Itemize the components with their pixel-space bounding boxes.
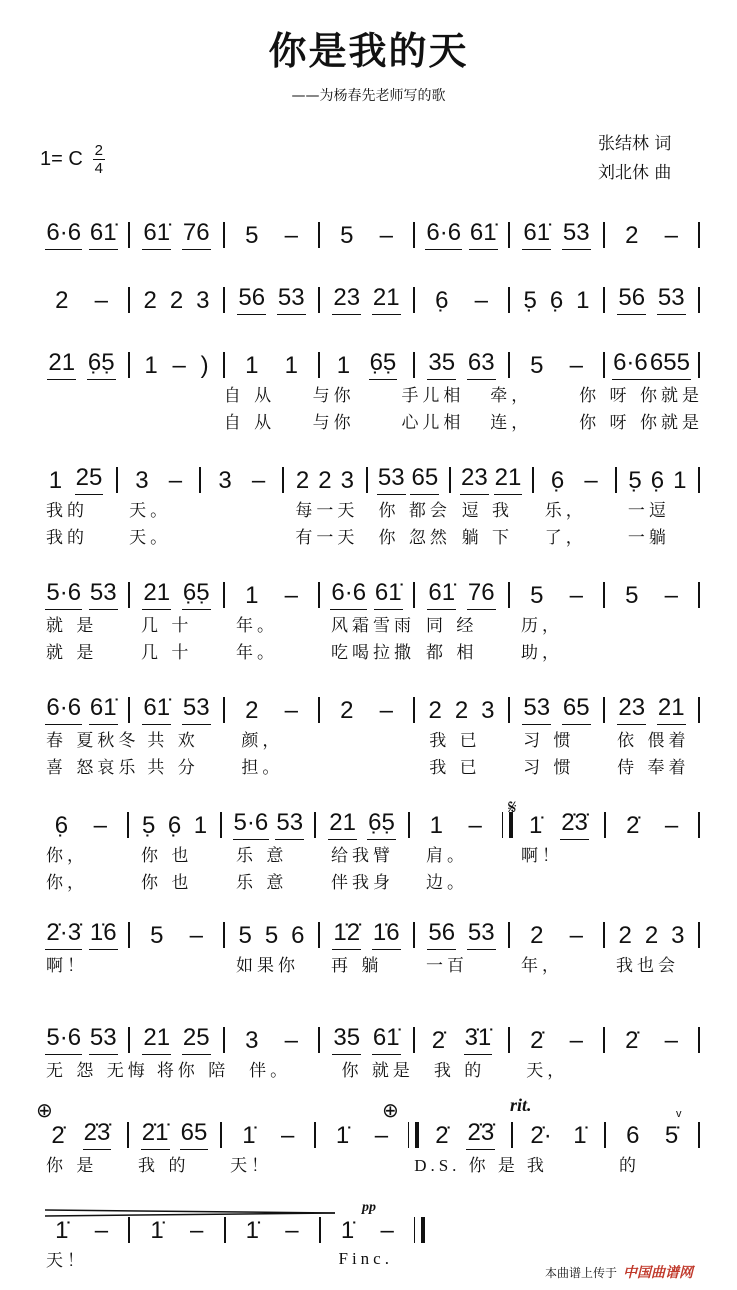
- barline: [698, 1027, 700, 1053]
- lyric-segment: 都 相: [418, 638, 513, 663]
- measure: 5653: [608, 284, 695, 315]
- notes-row: 5·65321253–3561̇2̇3̇1̇2̇–2̇–: [38, 1015, 703, 1055]
- note: 1: [193, 812, 208, 840]
- measure: 2–: [38, 287, 125, 315]
- lyric-segment: 手儿相: [393, 381, 482, 406]
- pianissimo-mark: pp: [362, 1200, 376, 1216]
- note: 2̇3̇: [83, 1119, 112, 1150]
- lyric-segment: 天。: [121, 523, 204, 548]
- lyrics-row: 喜 怒哀乐共 分担。我 已习 惯侍 奉着: [38, 752, 703, 779]
- lyric-segment: 给我臂: [323, 841, 418, 866]
- note: 2̇: [50, 1122, 65, 1150]
- note: 1̇: [572, 1122, 587, 1150]
- score-system: 5·653216̣5̣1–6·661̇61̇765–5–就 是几 十年。风霜雪雨…: [38, 570, 703, 664]
- note: 1̇: [149, 1217, 164, 1245]
- note: 2: [529, 922, 544, 950]
- lyrics-row: 你 是我 的天！D.S. 你 是我的: [38, 1150, 703, 1177]
- note: 61̇: [142, 219, 171, 250]
- score-system: 2̇·3̇1̇65–5561̇2̇1̇656532–223啊！如果你再 躺一百年…: [38, 910, 703, 977]
- note: 5·6: [45, 579, 82, 610]
- measure: 3–: [228, 1027, 315, 1055]
- measure: 1–: [413, 812, 499, 840]
- note: 23: [460, 464, 489, 495]
- note: 21: [142, 1024, 171, 1055]
- note: 2̇·: [529, 1122, 552, 1150]
- barline: [698, 582, 700, 608]
- note: 2: [624, 222, 639, 250]
- note: –: [284, 222, 299, 250]
- notes-row: 5·653216̣5̣1–6·661̇61̇765–5–: [38, 570, 703, 610]
- site-brand[interactable]: 中国曲谱网: [623, 1262, 693, 1282]
- barline: [408, 1122, 419, 1148]
- lyrics-row: 就 是几 十年。吃喝拉撒都 相助，: [38, 637, 703, 664]
- barline: [603, 287, 605, 313]
- lyrics-row: 春 夏秋冬共 欢颜，我 已习 惯依 偎着: [38, 725, 703, 752]
- note: 53: [89, 1024, 118, 1055]
- measure: 1̇–: [319, 1122, 405, 1150]
- note: 76: [467, 579, 496, 610]
- note: 2̇1̇: [141, 1119, 170, 1150]
- measure: 2–: [513, 922, 600, 950]
- lyric-segment: 侍 奉着: [609, 753, 703, 778]
- note: 61̇: [469, 219, 498, 250]
- note: –: [168, 467, 183, 495]
- note: –: [664, 1027, 679, 1055]
- barline: [603, 922, 605, 948]
- song-title: 你是我的天: [0, 20, 737, 75]
- barline: [223, 582, 225, 608]
- measure: 2̇1̇65: [132, 1119, 218, 1150]
- note: 6·6: [612, 349, 649, 380]
- lyric-segment: 我 已: [421, 753, 515, 778]
- lyric-segment: 有一天: [287, 523, 370, 548]
- note: 1: [575, 287, 590, 315]
- lyric-segment: 天！: [222, 1151, 314, 1176]
- score-system: 2̇2̇3̇2̇1̇651̇–1̇–2̇2̇3̇2̇·1̇65̇你 是我 的天！…: [38, 1110, 703, 1177]
- lyrics-row: 天！Finc.: [38, 1245, 428, 1272]
- lyric-segment: 习 惯: [515, 726, 609, 751]
- measure: 5·653: [38, 579, 125, 610]
- lyric-segment: 躺 下: [454, 523, 537, 548]
- note: 6: [290, 922, 305, 950]
- score-system: 6̣–5̣6̣15·653216̣5̣1–1̇2̇3̇2̇–你，你 也乐 意给我…: [38, 800, 703, 894]
- footer: 本曲谱上传于 中国曲谱网: [545, 1262, 693, 1282]
- lyric-segment: 心儿相: [393, 408, 482, 433]
- barline: [199, 467, 201, 493]
- barline: [698, 467, 700, 493]
- barline: [508, 352, 510, 378]
- barline: [220, 1122, 222, 1148]
- note: 1̇: [528, 812, 543, 840]
- lyric-segment: 乐 意: [228, 841, 323, 866]
- barline: [128, 1027, 130, 1053]
- note: 1: [48, 467, 63, 495]
- lyric-segment: 你 也: [133, 841, 228, 866]
- note: 21: [657, 694, 686, 725]
- note: 53: [275, 809, 304, 840]
- measure: 1–): [133, 352, 220, 380]
- measure: 3561̇: [323, 1024, 410, 1055]
- note: 56: [237, 284, 266, 315]
- barline: [449, 467, 451, 493]
- note: –: [569, 352, 584, 380]
- measure: 65̇: [609, 1122, 695, 1150]
- note: 5̣: [522, 287, 537, 315]
- note: 2̇: [431, 1027, 446, 1055]
- barline: [511, 1122, 513, 1148]
- note: –: [664, 222, 679, 250]
- coda-icon-2: ⊕: [382, 1098, 399, 1123]
- note: 3: [244, 1027, 259, 1055]
- barline: [128, 582, 130, 608]
- measure: 2321: [454, 464, 529, 495]
- measure: 1–: [228, 582, 315, 610]
- lyric-segment: 连，: [482, 408, 571, 433]
- measure: 5–: [228, 222, 315, 250]
- note: 6̣5̣: [367, 809, 396, 840]
- measure: 2̇3̇1̇: [418, 1024, 505, 1055]
- lyrics-row: 你，你 也乐 意给我臂肩。啊！: [38, 840, 703, 867]
- note: 56: [617, 284, 646, 315]
- measure: 61̇76: [133, 219, 220, 250]
- measure: 6·661̇: [323, 579, 410, 610]
- note: 35: [427, 349, 456, 380]
- barline: [698, 697, 700, 723]
- lyric-segment: 历，: [513, 611, 608, 636]
- lyric-segment: 再 躺: [323, 951, 418, 976]
- measure: 223: [608, 922, 695, 950]
- measure: 1̇–: [225, 1122, 311, 1150]
- key-label: 1= C: [40, 148, 83, 171]
- note: 6̣: [54, 812, 69, 840]
- lyric-segment: 我也会: [608, 951, 703, 976]
- note: –: [379, 222, 394, 250]
- lyric-segment: 共 欢: [139, 726, 233, 751]
- lyric-segment: 牵，: [482, 381, 571, 406]
- barline: [128, 222, 130, 248]
- barline: [603, 582, 605, 608]
- note: 2: [317, 467, 332, 495]
- note: 23: [332, 284, 361, 315]
- lyric-segment: Finc.: [331, 1249, 429, 1269]
- lyric-segment: 啊！: [38, 951, 133, 976]
- note: 5: [149, 922, 164, 950]
- lyric-segment: 几 十: [133, 611, 228, 636]
- lyrics-row: 你，你 也乐 意伴我身边。: [38, 867, 703, 894]
- note: 6̣: [550, 467, 565, 495]
- note: 1̇: [340, 1217, 355, 1245]
- note: 53: [657, 284, 686, 315]
- lyric-segment: 了，: [537, 523, 620, 548]
- note: –: [569, 582, 584, 610]
- barline: [223, 1027, 225, 1053]
- breath-mark: v: [676, 1108, 682, 1120]
- note: 1̇: [335, 1122, 350, 1150]
- barline: [508, 222, 510, 248]
- notes-row: 216̣5̣1–)1116̣5̣35635–6·6655: [38, 340, 703, 380]
- note: 2: [454, 697, 469, 725]
- lyric-segment: 的: [611, 1151, 703, 1176]
- note: –: [467, 812, 482, 840]
- lyrics-row: 就 是几 十年。风霜雪雨同 经历，: [38, 610, 703, 637]
- lyric-segment: 你 就是: [334, 1056, 426, 1081]
- measure: 1̇–: [229, 1217, 316, 1245]
- note: 2̇3̇: [560, 809, 589, 840]
- measure: 2̇–: [608, 1027, 695, 1055]
- measure: 556: [228, 922, 315, 950]
- note: 5: [624, 582, 639, 610]
- barline: [414, 1217, 425, 1243]
- note: –: [94, 1217, 109, 1245]
- note: 21: [47, 349, 76, 380]
- barline: [508, 922, 510, 948]
- lyric-segment: 每一天: [287, 496, 370, 521]
- measure: 5̣6̣1: [132, 812, 218, 840]
- barline: [223, 287, 225, 313]
- lyric-segment: 习 惯: [515, 753, 609, 778]
- measure: 216̣5̣: [133, 579, 220, 610]
- lyric-segment: 春 夏秋冬: [38, 726, 139, 751]
- note: 2: [142, 287, 157, 315]
- lyric-segment: D.S. 你 是: [406, 1151, 519, 1176]
- barline: [128, 352, 130, 378]
- barline: [318, 922, 320, 948]
- lyric-segment: 助，: [513, 638, 608, 663]
- note: 2: [244, 697, 259, 725]
- note: 1̇: [241, 1122, 256, 1150]
- barline: [508, 1027, 510, 1053]
- note: 5: [529, 582, 544, 610]
- barline: [413, 1027, 415, 1053]
- lyric-segment: 年，: [513, 951, 608, 976]
- barline: [413, 222, 415, 248]
- note: 2: [339, 697, 354, 725]
- barline: [314, 812, 316, 838]
- measure: 6·6655: [608, 349, 695, 380]
- lyric-segment: 吃喝拉撒: [323, 638, 418, 663]
- note: –: [171, 352, 186, 380]
- note: 65: [410, 464, 439, 495]
- note: 53: [377, 464, 406, 495]
- note: 3: [134, 467, 149, 495]
- note: –: [189, 922, 204, 950]
- barline: [128, 922, 130, 948]
- barline: [508, 287, 510, 313]
- lyrics-row: 自 从与你心儿相连，你 呀 你就是: [38, 407, 703, 434]
- lyric-segment: 年。: [228, 638, 323, 663]
- note: 53: [522, 694, 551, 725]
- measure: 5–: [513, 352, 600, 380]
- measure: 5365: [513, 694, 600, 725]
- note: –: [379, 697, 394, 725]
- lyric-segment: 我 已: [421, 726, 515, 751]
- lyric-segment: 与你: [305, 408, 394, 433]
- measure: 6·661̇: [38, 694, 125, 725]
- measure: 5̣6̣1: [513, 287, 600, 315]
- note: 25: [75, 464, 104, 495]
- measure: 223: [287, 467, 362, 495]
- lyric-segment: 你 忽然: [371, 523, 454, 548]
- note: 35: [332, 1024, 361, 1055]
- note: –: [474, 287, 489, 315]
- note: 2̇: [529, 1027, 544, 1055]
- note: 5: [244, 222, 259, 250]
- time-bottom: 4: [95, 161, 103, 176]
- lyric-segment: 啊！: [513, 841, 608, 866]
- measure: 5365: [371, 464, 446, 495]
- barline: [698, 1122, 700, 1148]
- lyric-segment: 我: [519, 1151, 611, 1176]
- measure: 3–: [204, 467, 279, 495]
- measure: 3–: [121, 467, 196, 495]
- note: 2: [427, 697, 442, 725]
- note: 6·6: [45, 219, 82, 250]
- measure: 5653: [418, 919, 505, 950]
- note: –: [94, 287, 109, 315]
- note: 63: [467, 349, 496, 380]
- measure: 2–: [608, 222, 695, 250]
- lyric-segment: 你，: [38, 841, 133, 866]
- lyric-segment: 我的: [38, 496, 121, 521]
- note: 6·6: [330, 579, 367, 610]
- note: 6̣: [167, 812, 182, 840]
- lyric-segment: 我的: [38, 523, 121, 548]
- note: 5: [529, 352, 544, 380]
- lyrics-row: 我的天。每一天你 都会逗 我乐，一逗: [38, 495, 703, 522]
- note: 61̇: [427, 579, 456, 610]
- measure: 6·661̇: [418, 219, 505, 250]
- barline: [318, 222, 320, 248]
- barline: [318, 352, 320, 378]
- barline: [127, 1122, 129, 1148]
- barline: [224, 1217, 226, 1243]
- note: 61̇: [522, 219, 551, 250]
- lyric-segment: 无 怨 无悔: [38, 1056, 149, 1081]
- note: –: [569, 922, 584, 950]
- note: 25: [182, 1024, 211, 1055]
- measure: 5–: [608, 582, 695, 610]
- note: –: [280, 1122, 295, 1150]
- lyrics-row: 我的天。有一天你 忽然躺 下了，一躺: [38, 522, 703, 549]
- barline: [508, 582, 510, 608]
- notes-row: 1253–3–223536523216̣–5̣6̣1: [38, 455, 703, 495]
- score-system: 6·661̇61̇532–2–22353652321春 夏秋冬共 欢颜，我 已习…: [38, 685, 703, 779]
- measure: 216̣5̣: [38, 349, 125, 380]
- note: 1: [672, 467, 687, 495]
- barline: [116, 467, 118, 493]
- measure: 5̣6̣1: [620, 467, 695, 495]
- note: 3: [340, 467, 355, 495]
- notes-row: 6·661̇61̇532–2–22353652321: [38, 685, 703, 725]
- note: 1̇6: [372, 919, 401, 950]
- lyric-segment: 喜 怒哀乐: [38, 753, 139, 778]
- note: 6·6: [45, 694, 82, 725]
- song-subtitle: ——为杨春先老师写的歌: [0, 85, 737, 105]
- note: 1: [244, 582, 259, 610]
- note: 6̣5̣: [369, 349, 398, 380]
- note: –: [664, 812, 679, 840]
- note: 1̇6: [89, 919, 118, 950]
- note: ): [200, 352, 210, 380]
- note: –: [583, 467, 598, 495]
- lyric-segment: 边。: [418, 868, 513, 893]
- measure: 5·653: [38, 1024, 125, 1055]
- lyric-segment: 你 呀 你就是: [571, 408, 703, 433]
- note: 65: [562, 694, 591, 725]
- lyric-segment: 你 是: [38, 1151, 130, 1176]
- lyric-segment: 将你 陪: [149, 1056, 241, 1081]
- lyric-segment: 就 是: [38, 611, 133, 636]
- note: 3̇1̇: [464, 1024, 493, 1055]
- note: 65: [180, 1119, 209, 1150]
- note: 2: [54, 287, 69, 315]
- lyric-segment: 天。: [121, 496, 204, 521]
- barline: [127, 812, 129, 838]
- lyric-segment: 天，: [518, 1056, 610, 1081]
- note: 61̇: [372, 1024, 401, 1055]
- barline: [318, 697, 320, 723]
- lyric-segment: 年。: [228, 611, 323, 636]
- note: –: [284, 582, 299, 610]
- note: 6̣5̣: [182, 579, 211, 610]
- note: 5·6: [233, 809, 270, 840]
- barline: [604, 1122, 606, 1148]
- measure: 2321: [608, 694, 695, 725]
- measure: 2̇2̇3̇: [38, 1119, 124, 1150]
- lyric-segment: 乐，: [537, 496, 620, 521]
- lyric-segment: 共 分: [139, 753, 233, 778]
- barline: [603, 352, 605, 378]
- measure: 2321: [323, 284, 410, 315]
- note: 21: [372, 284, 401, 315]
- lyric-segment: 依 偎着: [609, 726, 703, 751]
- note: 2̇: [625, 812, 640, 840]
- note: 61̇: [142, 694, 171, 725]
- barline: [615, 467, 617, 493]
- lyric-segment: 我 的: [426, 1056, 518, 1081]
- barline: [318, 1027, 320, 1053]
- note: 6·6: [425, 219, 462, 250]
- measure: 2̇·1̇: [516, 1122, 602, 1150]
- note: –: [569, 1027, 584, 1055]
- barline: [223, 222, 225, 248]
- lyric-segment: 肩。: [418, 841, 513, 866]
- note: 2̇·3̇: [45, 919, 82, 950]
- note: 5̣: [141, 812, 156, 840]
- score-system: 6·661̇61̇765–5–6·661̇61̇532–: [38, 210, 703, 250]
- notes-row: 2̇2̇3̇2̇1̇651̇–1̇–2̇2̇3̇2̇·1̇65̇: [38, 1110, 703, 1150]
- note: 2: [644, 922, 659, 950]
- barline: [603, 697, 605, 723]
- lyric-segment: 自 从: [216, 408, 305, 433]
- note: 6̣5̣: [87, 349, 116, 380]
- note: 5̣: [627, 467, 642, 495]
- barline: [282, 467, 284, 493]
- credits: 张结林 词 刘北休 曲: [598, 130, 671, 188]
- barline: [698, 287, 700, 313]
- note: –: [189, 1217, 204, 1245]
- measure: 1̇–: [133, 1217, 220, 1245]
- composer: 刘北休 曲: [598, 159, 671, 188]
- note: 6̣: [549, 287, 564, 315]
- measure: 1̇2̇3̇: [516, 809, 602, 840]
- note: 2̇3̇: [466, 1119, 495, 1150]
- measure: 5653: [228, 284, 315, 315]
- note: 3: [670, 922, 685, 950]
- score-system: 5·65321253–3561̇2̇3̇1̇2̇–2̇–无 怨 无悔将你 陪伴。…: [38, 1015, 703, 1082]
- barline: [508, 697, 510, 723]
- measure: 223: [133, 287, 220, 315]
